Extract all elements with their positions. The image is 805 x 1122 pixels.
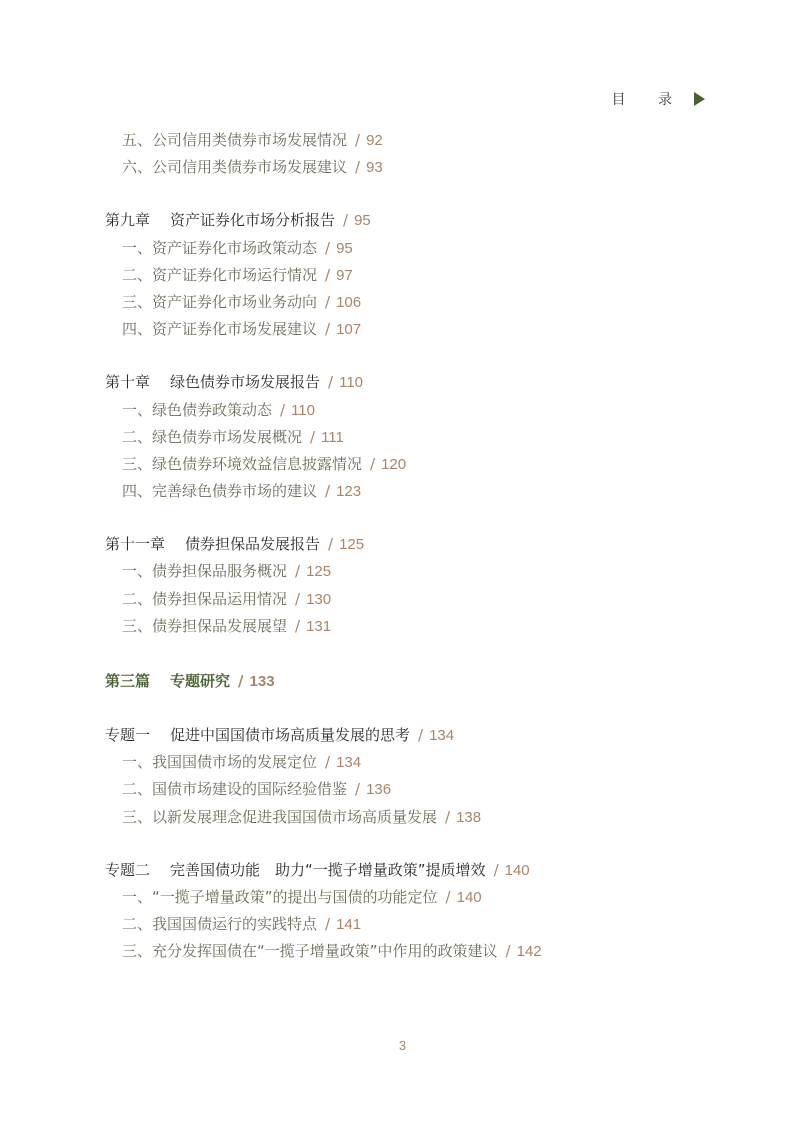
toc-group: 第九章资产证券化市场分析报告/95一、资产证券化市场政策动态/95二、资产证券化… <box>105 207 725 343</box>
toc-subsection-entry[interactable]: 一、绿色债券政策动态/110 <box>105 397 725 424</box>
entry-title: 促进中国国债市场高质量发展的思考 <box>170 726 410 744</box>
entry-page-number: 136 <box>366 781 391 798</box>
entry-page-number: 111 <box>321 429 344 446</box>
separator: / <box>325 239 330 257</box>
entry-label: 专题二 <box>105 861 150 879</box>
toc-group: 第十章绿色债券市场发展报告/110一、绿色债券政策动态/110二、绿色债券市场发… <box>105 369 725 505</box>
entry-title: 二、国债市场建设的国际经验借鉴 <box>122 780 347 798</box>
toc-subsection-entry[interactable]: 三、债券担保品发展展望/131 <box>105 613 725 640</box>
toc-chapter-entry[interactable]: 第十章绿色债券市场发展报告/110 <box>105 369 725 396</box>
table-of-contents: 五、公司信用类债券市场发展情况/92六、公司信用类债券市场发展建议/93第九章资… <box>105 127 725 992</box>
separator: / <box>325 753 330 771</box>
toc-subsection-entry[interactable]: 三、充分发挥国债在“一揽子增量政策”中作用的政策建议/142 <box>105 938 725 965</box>
entry-page-number: 133 <box>250 673 275 690</box>
toc-subsection-entry[interactable]: 二、绿色债券市场发展概况/111 <box>105 424 725 451</box>
entry-title: 四、完善绿色债券市场的建议 <box>122 482 317 500</box>
entry-title: 五、公司信用类债券市场发展情况 <box>122 131 347 149</box>
toc-subsection-entry[interactable]: 一、资产证券化市场政策动态/95 <box>105 235 725 262</box>
separator: / <box>445 808 450 826</box>
entry-page-number: 106 <box>336 294 361 311</box>
entry-title: 三、绿色债券环境效益信息披露情况 <box>122 455 362 473</box>
toc-group: 五、公司信用类债券市场发展情况/92六、公司信用类债券市场发展建议/93 <box>105 127 725 181</box>
toc-group: 专题一促进中国国债市场高质量发展的思考/134一、我国国债市场的发展定位/134… <box>105 722 725 831</box>
entry-page-number: 138 <box>456 809 481 826</box>
separator: / <box>506 942 511 960</box>
entry-label: 专题一 <box>105 726 150 744</box>
separator: / <box>325 915 330 933</box>
entry-title: 三、资产证券化市场业务动向 <box>122 293 317 311</box>
toc-subsection-entry[interactable]: 五、公司信用类债券市场发展情况/92 <box>105 127 725 154</box>
separator: / <box>355 131 360 149</box>
entry-title: 完善国债功能 助力“一揽子增量政策”提质增效 <box>170 861 486 879</box>
entry-page-number: 140 <box>505 862 530 879</box>
page-header: 目 录 <box>612 88 705 110</box>
entry-title: 六、公司信用类债券市场发展建议 <box>122 158 347 176</box>
toc-chapter-entry[interactable]: 专题一促进中国国债市场高质量发展的思考/134 <box>105 722 725 749</box>
separator: / <box>325 293 330 311</box>
separator: / <box>343 211 348 229</box>
entry-title: 一、资产证券化市场政策动态 <box>122 239 317 257</box>
entry-page-number: 97 <box>336 267 353 284</box>
entry-title: 三、债券担保品发展展望 <box>122 617 287 635</box>
toc-subsection-entry[interactable]: 三、资产证券化市场业务动向/106 <box>105 289 725 316</box>
separator: / <box>238 672 243 690</box>
entry-title: 绿色债券市场发展报告 <box>170 373 320 391</box>
toc-subsection-entry[interactable]: 一、我国国债市场的发展定位/134 <box>105 749 725 776</box>
entry-page-number: 130 <box>306 591 331 608</box>
separator: / <box>325 320 330 338</box>
separator: / <box>355 158 360 176</box>
entry-page-number: 120 <box>381 456 406 473</box>
toc-group: 第十一章债券担保品发展报告/125一、债券担保品服务概况/125二、债券担保品运… <box>105 531 725 640</box>
separator: / <box>325 266 330 284</box>
entry-page-number: 131 <box>306 618 331 635</box>
toc-group: 第三篇专题研究/133 <box>105 666 725 696</box>
entry-page-number: 125 <box>306 563 331 580</box>
toc-chapter-entry[interactable]: 第十一章债券担保品发展报告/125 <box>105 531 725 558</box>
separator: / <box>328 373 333 391</box>
toc-subsection-entry[interactable]: 一、“一揽子增量政策”的提出与国债的功能定位/140 <box>105 884 725 911</box>
entry-title: 专题研究 <box>170 672 230 690</box>
entry-title: 一、债券担保品服务概况 <box>122 562 287 580</box>
entry-title: 一、我国国债市场的发展定位 <box>122 753 317 771</box>
toc-subsection-entry[interactable]: 二、我国国债运行的实践特点/141 <box>105 911 725 938</box>
toc-subsection-entry[interactable]: 四、资产证券化市场发展建议/107 <box>105 316 725 343</box>
entry-page-number: 125 <box>339 536 364 553</box>
entry-title: 二、债券担保品运用情况 <box>122 590 287 608</box>
entry-label: 第三篇 <box>105 672 150 690</box>
toc-subsection-entry[interactable]: 四、完善绿色债券市场的建议/123 <box>105 478 725 505</box>
entry-page-number: 141 <box>336 916 361 933</box>
entry-page-number: 110 <box>291 402 315 419</box>
entry-title: 四、资产证券化市场发展建议 <box>122 320 317 338</box>
entry-page-number: 142 <box>517 943 542 960</box>
entry-title: 一、绿色债券政策动态 <box>122 401 272 419</box>
entry-title: 资产证券化市场分析报告 <box>170 211 335 229</box>
separator: / <box>328 535 333 553</box>
header-title: 目 录 <box>612 89 686 109</box>
toc-group: 专题二完善国债功能 助力“一揽子增量政策”提质增效/140一、“一揽子增量政策”… <box>105 857 725 966</box>
entry-title: 三、以新发展理念促进我国国债市场高质量发展 <box>122 808 437 826</box>
entry-title: 三、充分发挥国债在“一揽子增量政策”中作用的政策建议 <box>122 942 498 960</box>
toc-subsection-entry[interactable]: 一、债券担保品服务概况/125 <box>105 558 725 585</box>
entry-title: 一、“一揽子增量政策”的提出与国债的功能定位 <box>122 888 438 906</box>
entry-title: 二、绿色债券市场发展概况 <box>122 428 302 446</box>
entry-label: 第十一章 <box>105 535 165 553</box>
toc-subsection-entry[interactable]: 二、债券担保品运用情况/130 <box>105 586 725 613</box>
toc-chapter-entry[interactable]: 专题二完善国债功能 助力“一揽子增量政策”提质增效/140 <box>105 857 725 884</box>
entry-page-number: 140 <box>457 889 482 906</box>
separator: / <box>325 482 330 500</box>
entry-title: 二、资产证券化市场运行情况 <box>122 266 317 284</box>
toc-subsection-entry[interactable]: 二、国债市场建设的国际经验借鉴/136 <box>105 776 725 803</box>
entry-label: 第九章 <box>105 211 150 229</box>
separator: / <box>370 455 375 473</box>
entry-page-number: 95 <box>354 212 371 229</box>
toc-subsection-entry[interactable]: 三、以新发展理念促进我国国债市场高质量发展/138 <box>105 804 725 831</box>
separator: / <box>280 401 285 419</box>
entry-page-number: 123 <box>336 483 361 500</box>
entry-page-number: 95 <box>336 240 353 257</box>
separator: / <box>446 888 451 906</box>
separator: / <box>310 428 315 446</box>
entry-page-number: 134 <box>336 754 361 771</box>
play-triangle-icon <box>694 92 705 106</box>
entry-page-number: 107 <box>336 321 361 338</box>
entry-page-number: 93 <box>366 159 383 176</box>
entry-title: 二、我国国债运行的实践特点 <box>122 915 317 933</box>
entry-page-number: 134 <box>429 727 454 744</box>
page-number: 3 <box>0 1038 805 1053</box>
separator: / <box>355 780 360 798</box>
entry-title: 债券担保品发展报告 <box>185 535 320 553</box>
toc-subsection-entry[interactable]: 三、绿色债券环境效益信息披露情况/120 <box>105 451 725 478</box>
separator: / <box>295 590 300 608</box>
separator: / <box>295 562 300 580</box>
entry-page-number: 92 <box>366 132 383 149</box>
separator: / <box>295 617 300 635</box>
separator: / <box>418 726 423 744</box>
toc-subsection-entry[interactable]: 六、公司信用类债券市场发展建议/93 <box>105 154 725 181</box>
entry-label: 第十章 <box>105 373 150 391</box>
entry-page-number: 110 <box>339 374 363 391</box>
toc-subsection-entry[interactable]: 二、资产证券化市场运行情况/97 <box>105 262 725 289</box>
separator: / <box>494 861 499 879</box>
toc-part-entry[interactable]: 第三篇专题研究/133 <box>105 666 725 696</box>
toc-chapter-entry[interactable]: 第九章资产证券化市场分析报告/95 <box>105 207 725 234</box>
